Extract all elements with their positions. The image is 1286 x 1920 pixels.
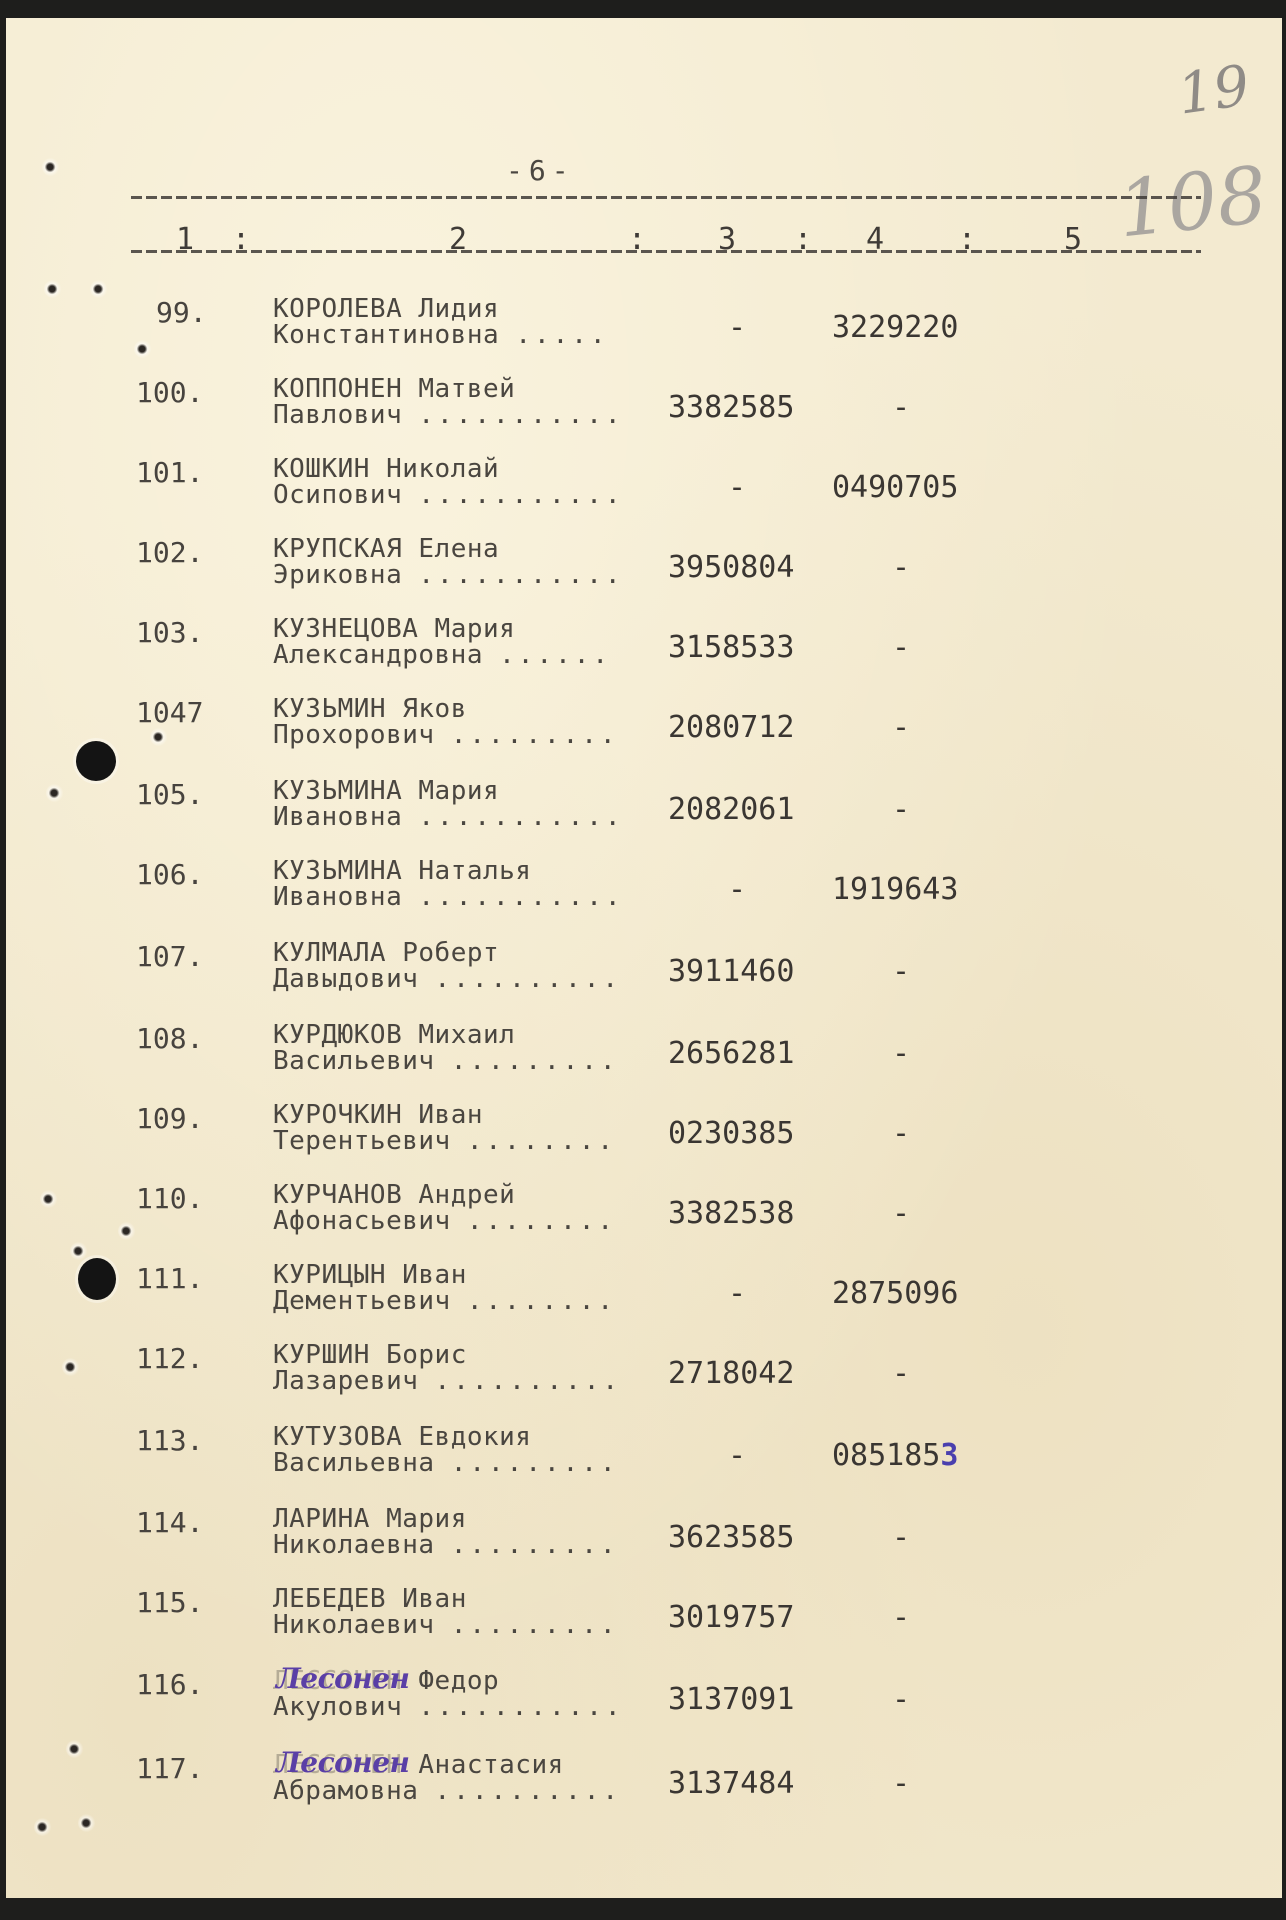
row-number: 112. bbox=[136, 1342, 226, 1375]
row-col3: 2718042 bbox=[668, 1356, 808, 1391]
pin-puncture bbox=[118, 1222, 136, 1240]
row-col3: 3382538 bbox=[668, 1196, 808, 1231]
row-name-line2: Николаевна ......... bbox=[273, 1530, 619, 1560]
table-row: 115. ЛЕБЕДЕВ Иван Николаевич ......... 3… bbox=[6, 1586, 1286, 1666]
row-name-line2: Ивановна ........... bbox=[273, 802, 624, 832]
pin-puncture bbox=[62, 1358, 80, 1376]
table-row: 99. КОРОЛЕВА Лидия Константиновна ..... … bbox=[6, 296, 1286, 376]
row-number: 117. bbox=[136, 1752, 226, 1785]
pin-puncture bbox=[34, 1818, 52, 1836]
row-number: 111. bbox=[136, 1262, 226, 1295]
row-name-line2: Афонасьевич ........ bbox=[273, 1206, 616, 1236]
table-row: 105. КУЗЬМИНА Мария Ивановна ...........… bbox=[6, 778, 1286, 858]
pin-puncture bbox=[150, 728, 168, 746]
page-number: -6- bbox=[506, 154, 575, 187]
table-row: 101. КОШКИН Николай Осипович ...........… bbox=[6, 456, 1286, 536]
row-name-line2: Васильевна ......... bbox=[273, 1448, 619, 1478]
table-row: 117. ЛЕССОНЕН Анастасия Лесонен Абрамовн… bbox=[6, 1752, 1286, 1832]
row-number: 114. bbox=[136, 1506, 226, 1539]
pin-puncture bbox=[42, 158, 60, 176]
table-row: 114. ЛАРИНА Мария Николаевна ......... 3… bbox=[6, 1506, 1286, 1586]
row-name-line2: Абрамовна .......... bbox=[273, 1776, 621, 1806]
row-col3: - bbox=[728, 872, 746, 907]
row-col4: - bbox=[892, 630, 910, 665]
row-col3: 2080712 bbox=[668, 710, 808, 745]
row-name-line2: Осипович ........... bbox=[273, 480, 624, 510]
row-col4: - bbox=[892, 390, 910, 425]
row-number: 1047 bbox=[136, 696, 226, 729]
row-number: 101. bbox=[136, 456, 226, 489]
row-col3: - bbox=[728, 310, 746, 345]
row-number: 116. bbox=[136, 1668, 226, 1701]
row-number: 100. bbox=[136, 376, 226, 409]
row-col4: - bbox=[892, 1766, 910, 1801]
handwritten-surname-correction: Лесонен bbox=[276, 1662, 409, 1695]
row-col3: - bbox=[728, 1276, 746, 1311]
row-col3: 3382585 bbox=[668, 390, 808, 425]
row-number: 113. bbox=[136, 1424, 226, 1457]
row-col4: - bbox=[892, 1036, 910, 1071]
row-name-line2: Александровна ...... bbox=[273, 640, 611, 670]
row-col4: 0490705 bbox=[832, 470, 972, 505]
row-col4: 2875096 bbox=[832, 1276, 972, 1311]
row-name-line2: Васильевич ......... bbox=[273, 1046, 619, 1076]
row-col4: - bbox=[892, 1356, 910, 1391]
row-number: 107. bbox=[136, 940, 226, 973]
table-row: 1047 КУЗЬМИН Яков Прохорович ......... 2… bbox=[6, 696, 1286, 776]
row-col3: 3950804 bbox=[668, 550, 808, 585]
table-row: 109. КУРОЧКИН Иван Терентьевич ........ … bbox=[6, 1102, 1286, 1182]
row-number: 105. bbox=[136, 778, 226, 811]
row-number: 108. bbox=[136, 1022, 226, 1055]
row-name-line2: Лазаревич .......... bbox=[273, 1366, 621, 1396]
row-number: 115. bbox=[136, 1586, 226, 1619]
row-col3: 3911460 bbox=[668, 954, 808, 989]
row-col4: 3229220 bbox=[832, 310, 972, 345]
table-row: 103. КУЗНЕЦОВА Мария Александровна .....… bbox=[6, 616, 1286, 696]
row-col3: 2082061 bbox=[668, 792, 808, 827]
row-col3: - bbox=[728, 470, 746, 505]
pin-puncture bbox=[134, 340, 152, 358]
pin-puncture bbox=[66, 1740, 84, 1758]
table-row: 113. КУТУЗОВА Евдокия Васильевна .......… bbox=[6, 1424, 1286, 1504]
row-name-line2: Константиновна ..... bbox=[273, 320, 609, 350]
row-number: 110. bbox=[136, 1182, 226, 1215]
row-col4: - bbox=[892, 1196, 910, 1231]
row-col4: - bbox=[892, 792, 910, 827]
row-name-line2: Акулович ........... bbox=[273, 1692, 624, 1722]
row-col4: - bbox=[892, 1520, 910, 1555]
row-number: 109. bbox=[136, 1102, 226, 1135]
document-page: 19 108 -6- 1 : 2 : 3 : 4 : 5 99. КОРОЛЕВ… bbox=[6, 18, 1282, 1898]
row-col3: 3158533 bbox=[668, 630, 808, 665]
row-name-line2: Эриковна ........... bbox=[273, 560, 624, 590]
row-name-line2: Дементьевич ........ bbox=[273, 1286, 616, 1316]
pencil-sheet-number: 19 bbox=[1174, 53, 1254, 127]
header-bottom-rule bbox=[131, 250, 1201, 253]
row-number: 102. bbox=[136, 536, 226, 569]
row-name-line2: Прохорович ......... bbox=[273, 720, 619, 750]
table-row: 100. КОППОНЕН Матвей Павлович ..........… bbox=[6, 376, 1286, 456]
handwritten-surname-correction: Лесонен bbox=[276, 1746, 409, 1779]
row-col4: - bbox=[892, 1682, 910, 1717]
row-number: 99. bbox=[156, 296, 246, 329]
row-col4: 0851853 bbox=[832, 1438, 972, 1473]
row-name-line2: Терентьевич ........ bbox=[273, 1126, 616, 1156]
pin-puncture bbox=[46, 784, 64, 802]
binding-hole bbox=[78, 1258, 116, 1300]
row-name-line2: Николаевич ......... bbox=[273, 1610, 619, 1640]
header-top-rule bbox=[131, 196, 1201, 199]
binding-hole bbox=[76, 741, 116, 781]
table-row: 106. КУЗЬМИНА Наталья Ивановна .........… bbox=[6, 858, 1286, 938]
row-col3: - bbox=[728, 1438, 746, 1473]
row-col4: - bbox=[892, 1600, 910, 1635]
table-row: 111. КУРИЦЫН Иван Дементьевич ........ -… bbox=[6, 1262, 1286, 1342]
pencil-old-sheet-number: 108 bbox=[1114, 150, 1271, 255]
row-col3: 3019757 bbox=[668, 1600, 808, 1635]
row-col3: 3137484 bbox=[668, 1766, 808, 1801]
row-col3: 0230385 bbox=[668, 1116, 808, 1151]
row-col4: - bbox=[892, 710, 910, 745]
pin-puncture bbox=[40, 1190, 58, 1208]
table-row: 108. КУРДЮКОВ Михаил Васильевич ........… bbox=[6, 1022, 1286, 1102]
table-row: 102. КРУПСКАЯ Елена Эриковна ...........… bbox=[6, 536, 1286, 616]
table-row: 107. КУЛМАЛА Роберт Давыдович ..........… bbox=[6, 940, 1286, 1020]
ink-correction-digit: 3 bbox=[940, 1438, 958, 1473]
row-col4: - bbox=[892, 1116, 910, 1151]
row-col4: - bbox=[892, 550, 910, 585]
row-col4: - bbox=[892, 954, 910, 989]
row-name-line2: Ивановна ........... bbox=[273, 882, 624, 912]
table-row: 110. КУРЧАНОВ Андрей Афонасьевич .......… bbox=[6, 1182, 1286, 1262]
pin-puncture bbox=[78, 1814, 96, 1832]
pin-puncture bbox=[44, 280, 62, 298]
row-name-line2: Давыдович .......... bbox=[273, 964, 621, 994]
row-col3: 3137091 bbox=[668, 1682, 808, 1717]
row-col3: 3623585 bbox=[668, 1520, 808, 1555]
table-row: 112. КУРШИН Борис Лазаревич .......... 2… bbox=[6, 1342, 1286, 1422]
row-col3: 2656281 bbox=[668, 1036, 808, 1071]
row-name-line2: Павлович ........... bbox=[273, 400, 624, 430]
table-row: 116. ЛЕССОНЕН Федор Лесонен Акулович ...… bbox=[6, 1668, 1286, 1748]
row-col4: 1919643 bbox=[832, 872, 972, 907]
pin-puncture bbox=[90, 280, 108, 298]
pin-puncture bbox=[70, 1242, 88, 1260]
row-number: 103. bbox=[136, 616, 226, 649]
row-number: 106. bbox=[136, 858, 226, 891]
